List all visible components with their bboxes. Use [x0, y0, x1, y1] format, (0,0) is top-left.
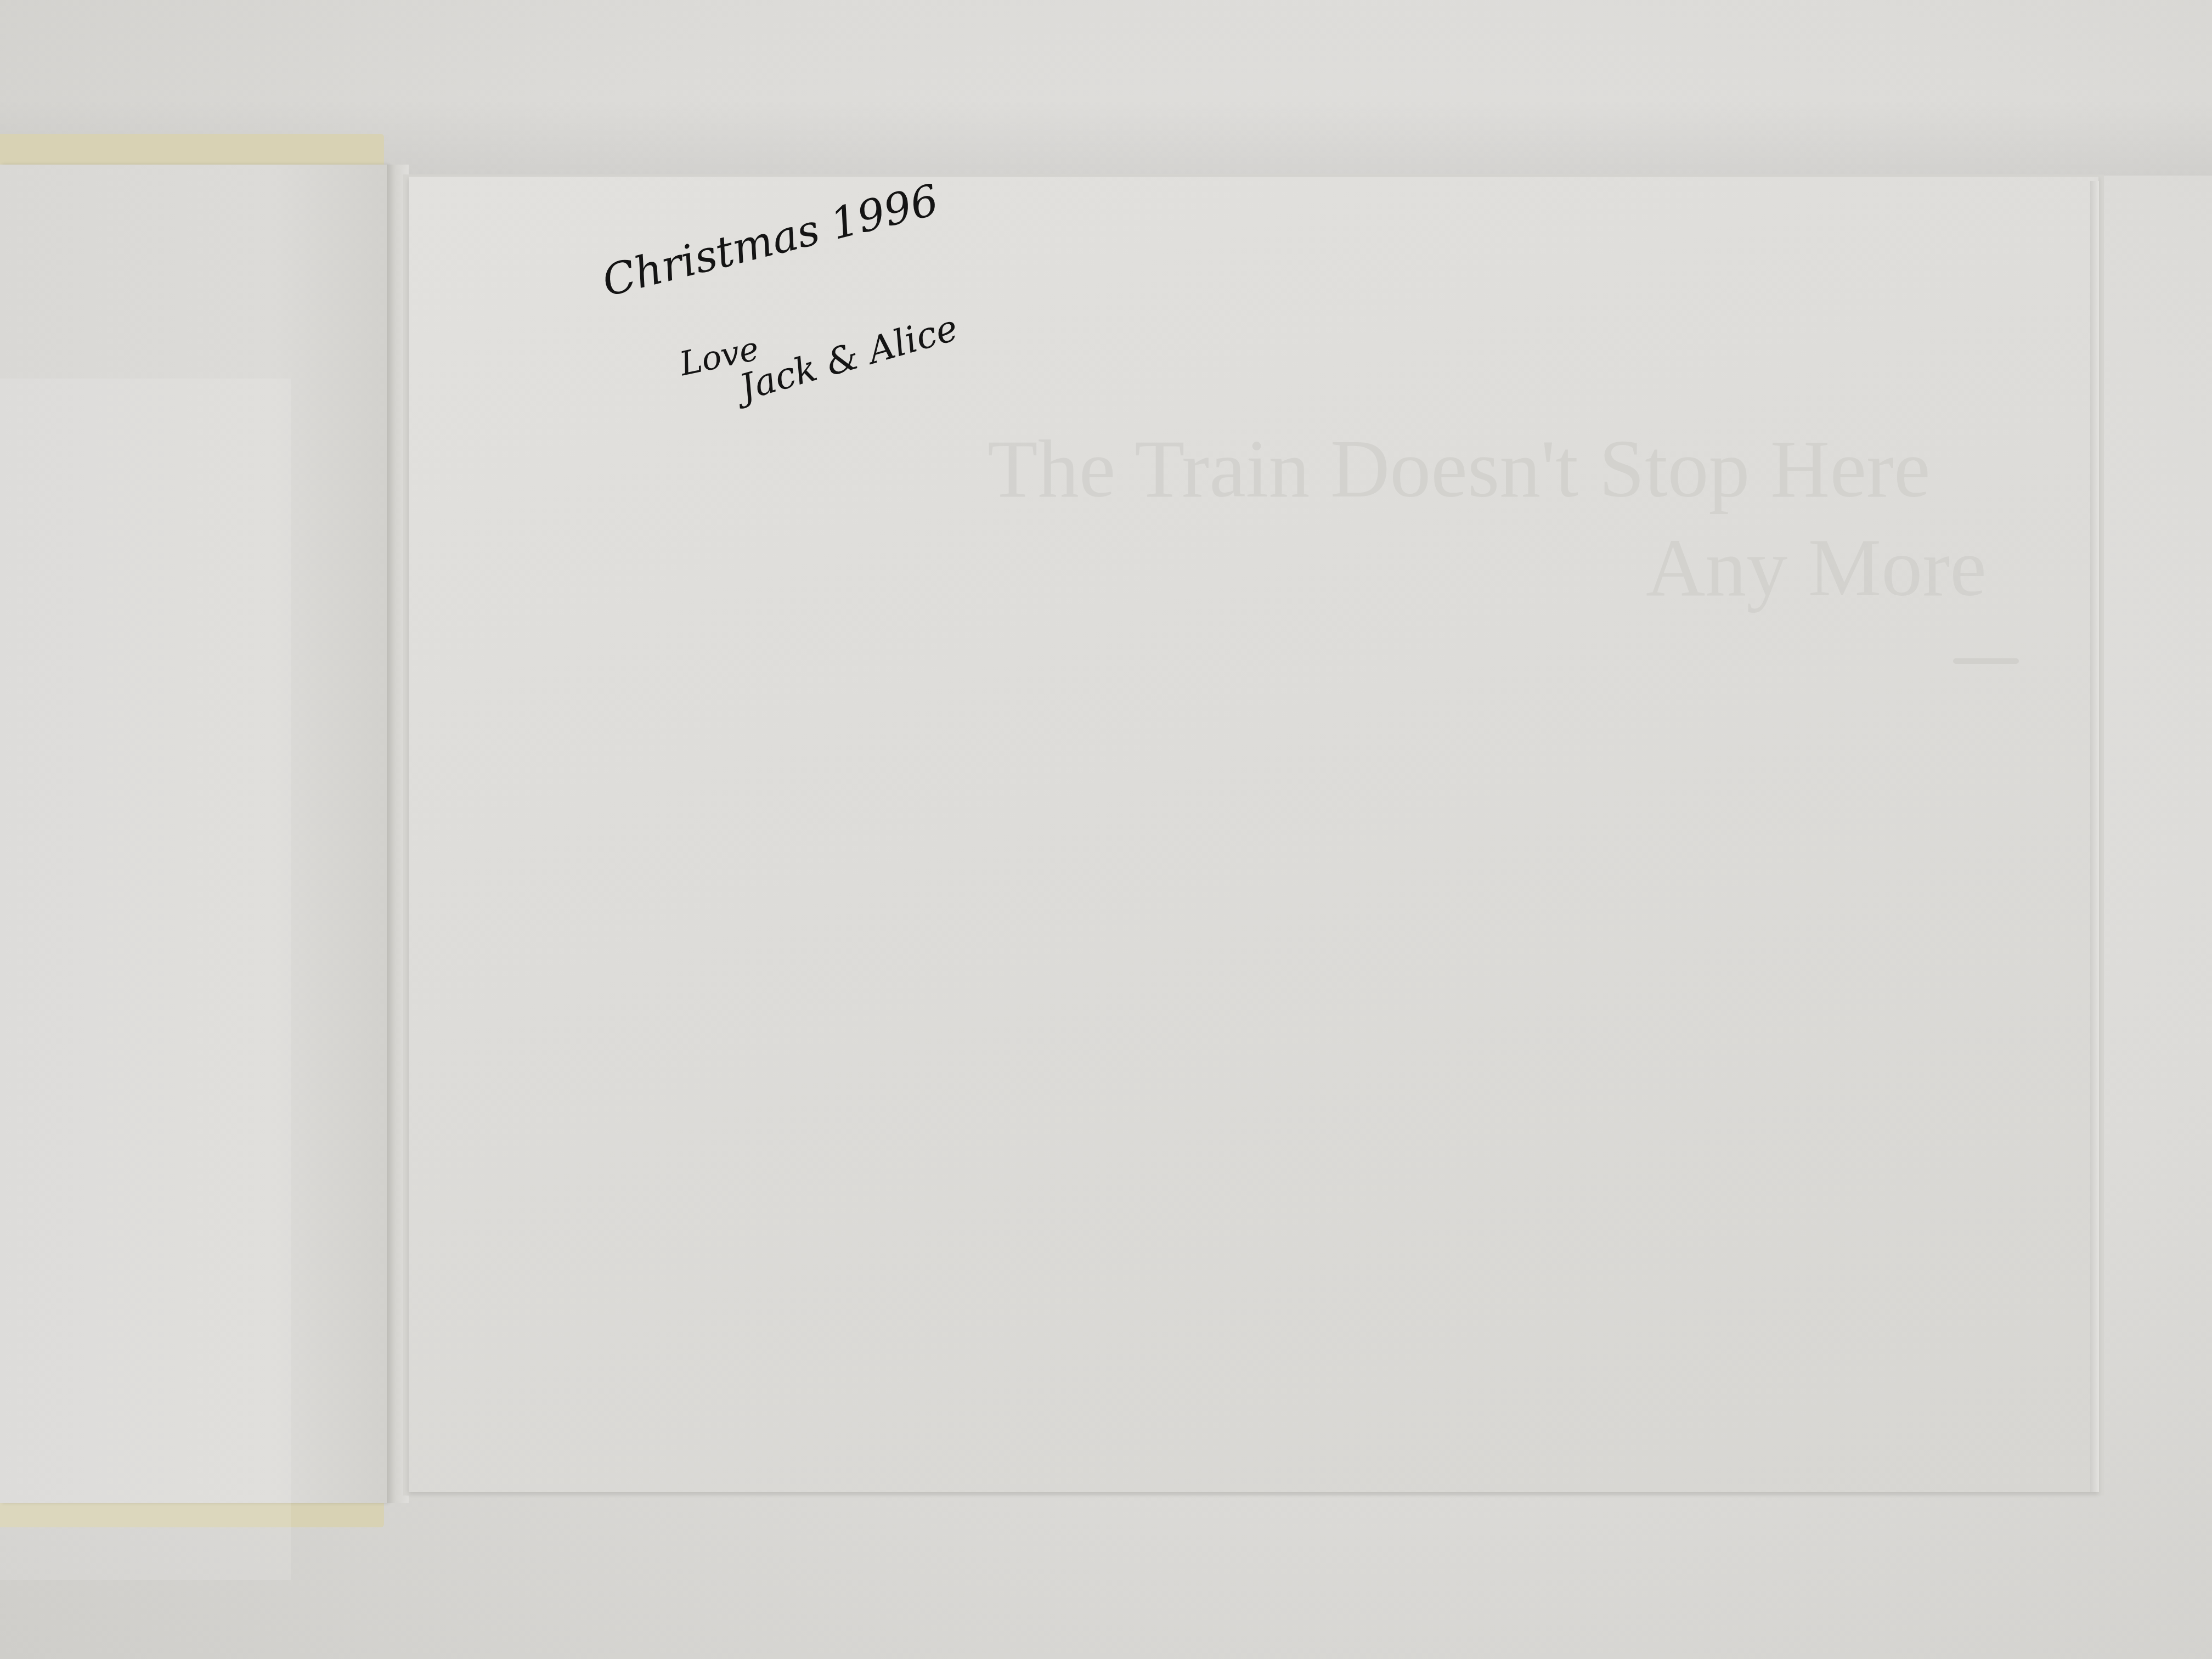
page-fore-edge — [2090, 181, 2099, 1492]
handwritten-inscription: Christmas 1996 Love Jack & Alice — [603, 236, 988, 444]
show-through-mark — [1953, 658, 2019, 664]
left-page-plate-area — [0, 379, 291, 1580]
show-through-subtitle: Any More — [1646, 527, 1987, 609]
show-through-title: The Train Doesn't Stop Here — [988, 428, 2030, 510]
inscription-signature: Jack & Alice — [735, 307, 962, 409]
left-endpaper — [0, 165, 387, 1503]
